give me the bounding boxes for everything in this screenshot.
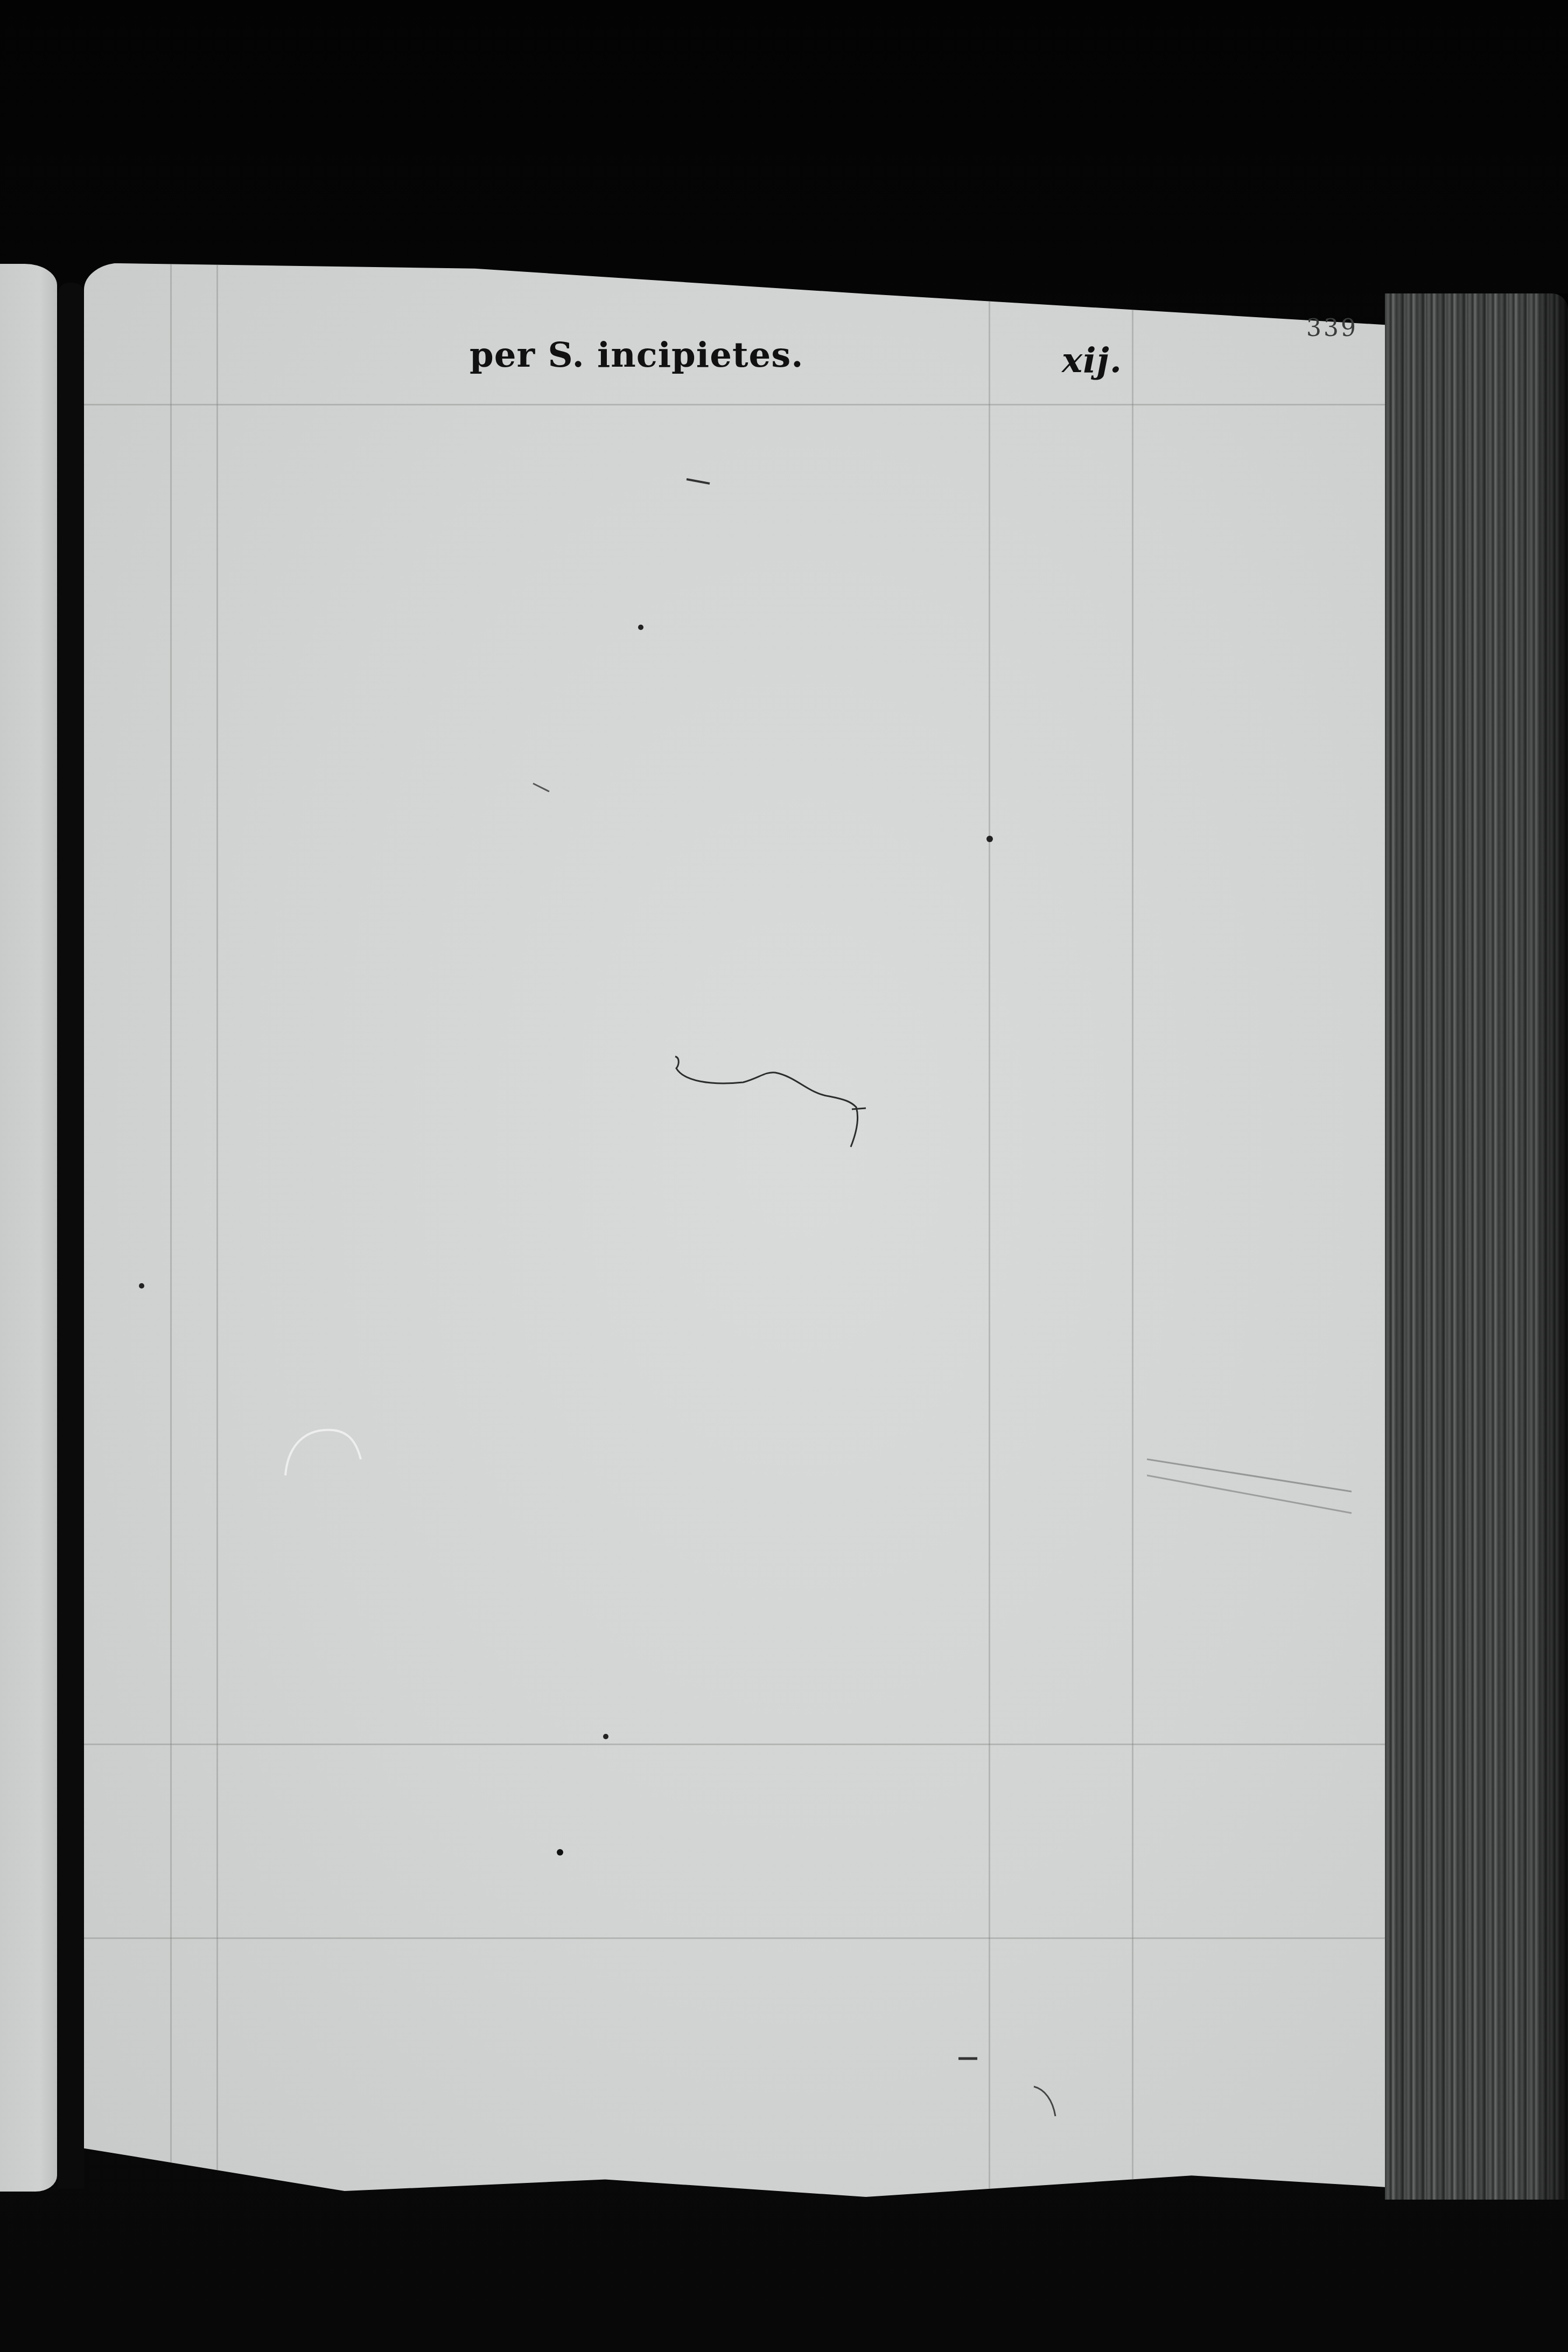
ink-speck-marks (0, 0, 1568, 2352)
